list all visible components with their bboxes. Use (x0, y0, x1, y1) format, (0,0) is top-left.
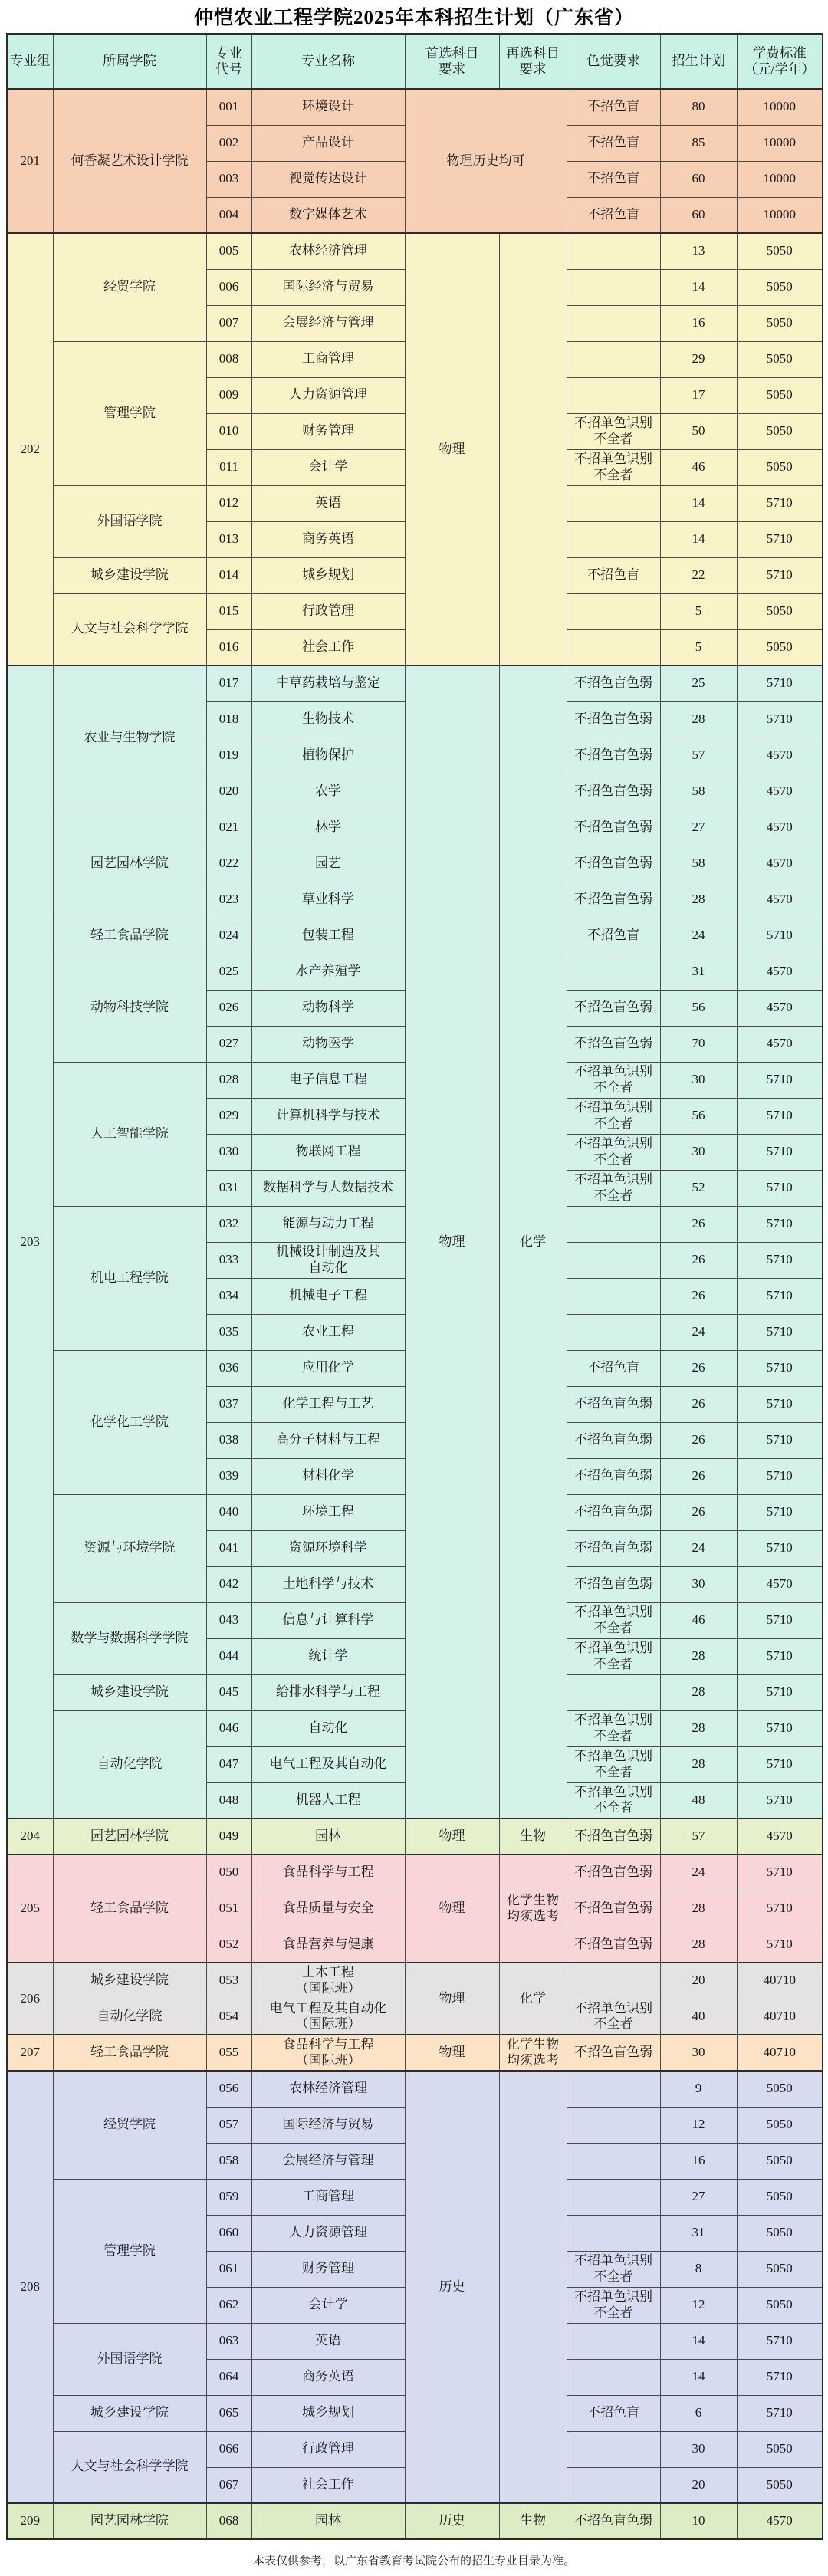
major-name-cell: 农学 (251, 774, 405, 810)
fee-cell: 5710 (737, 2395, 823, 2431)
major-name-cell: 城乡规划 (251, 2395, 405, 2431)
major-name-cell: 农业工程 (251, 1314, 405, 1350)
vision-req-cell: 不招单色识别 不全者 (567, 449, 660, 485)
fee-cell: 4570 (737, 990, 823, 1026)
major-name-cell: 植物保护 (251, 738, 405, 774)
vision-req-cell (567, 1242, 660, 1278)
vision-req-cell (567, 954, 660, 990)
plan-cell: 26 (660, 1242, 737, 1278)
plan-cell: 14 (660, 2359, 737, 2395)
major-code-cell: 021 (206, 810, 251, 846)
major-code-cell: 056 (206, 2071, 251, 2107)
major-name-cell: 机器人工程 (251, 1783, 405, 1819)
fee-cell: 5710 (737, 1783, 823, 1819)
college-cell: 园艺园林学院 (53, 810, 206, 918)
major-code-cell: 062 (206, 2287, 251, 2323)
vision-req-cell: 不招单色识别 不全者 (567, 1638, 660, 1674)
plan-cell: 70 (660, 1026, 737, 1062)
vision-req-cell: 不招色盲色弱 (567, 1566, 660, 1602)
plan-cell: 58 (660, 846, 737, 882)
plan-cell: 46 (660, 449, 737, 485)
second-subject-cell: 化学生物 均须选考 (499, 2035, 567, 2071)
college-cell: 管理学院 (53, 2179, 206, 2323)
plan-cell: 31 (660, 954, 737, 990)
major-code-cell: 028 (206, 1062, 251, 1098)
major-code-cell: 022 (206, 846, 251, 882)
group-cell: 206 (7, 1963, 53, 2035)
major-code-cell: 018 (206, 701, 251, 738)
plan-cell: 22 (660, 557, 737, 593)
second-subject-cell (499, 2071, 567, 2503)
major-code-cell: 068 (206, 2503, 251, 2539)
plan-cell: 29 (660, 341, 737, 377)
fee-cell: 5710 (737, 1314, 823, 1350)
plan-cell: 30 (660, 1062, 737, 1098)
major-row-017: 203农业与生物学院017中草药栽培与鉴定物理化学不招色盲色弱255710 (7, 665, 823, 701)
major-name-cell: 环境工程 (251, 1494, 405, 1530)
admission-plan-page: 仲恺农业工程学院2025年本科招生计划（广东省） 专业组所属学院专业 代号专业名… (0, 2, 828, 2568)
college-cell: 自动化学院 (53, 1710, 206, 1819)
second-subject-cell: 化学 (499, 665, 567, 1819)
major-name-cell: 林学 (251, 810, 405, 846)
plan-cell: 30 (660, 2431, 737, 2467)
major-name-cell: 食品科学与工程 （国际班） (251, 2035, 405, 2071)
plan-cell: 24 (660, 918, 737, 954)
plan-cell: 52 (660, 1170, 737, 1206)
college-cell: 化学化工学院 (53, 1350, 206, 1494)
major-name-cell: 社会工作 (251, 629, 405, 665)
major-code-cell: 031 (206, 1170, 251, 1206)
vision-req-cell: 不招色盲 (567, 125, 660, 161)
major-code-cell: 026 (206, 990, 251, 1026)
major-code-cell: 012 (206, 485, 251, 521)
plan-cell: 30 (660, 1134, 737, 1170)
column-header-1: 所属学院 (53, 34, 206, 89)
fee-cell: 5710 (737, 1855, 823, 1891)
major-code-cell: 008 (206, 341, 251, 377)
vision-req-cell: 不招色盲 (567, 2395, 660, 2431)
major-name-cell: 电子信息工程 (251, 1062, 405, 1098)
vision-req-cell: 不招色盲色弱 (567, 810, 660, 846)
fee-cell: 5050 (737, 2287, 823, 2323)
plan-cell: 27 (660, 2179, 737, 2215)
vision-req-cell: 不招单色识别 不全者 (567, 1098, 660, 1134)
footer-note: 本表仅供参考，以广东省教育考试院公布的招生专业目录为准。 (0, 2552, 828, 2568)
vision-req-cell (567, 2215, 660, 2251)
major-name-cell: 环境设计 (251, 89, 405, 125)
major-code-cell: 047 (206, 1746, 251, 1783)
major-name-cell: 资源环境科学 (251, 1530, 405, 1566)
second-subject-cell: 生物 (499, 1819, 567, 1855)
plan-cell: 14 (660, 485, 737, 521)
vision-req-cell (567, 1674, 660, 1710)
vision-req-cell: 不招单色识别 不全者 (567, 1710, 660, 1746)
plan-cell: 28 (660, 1927, 737, 1963)
plan-cell: 26 (660, 1206, 737, 1242)
plan-cell: 50 (660, 413, 737, 449)
major-code-cell: 037 (206, 1386, 251, 1422)
vision-req-cell: 不招色盲色弱 (567, 882, 660, 918)
plan-cell: 31 (660, 2215, 737, 2251)
fee-cell: 4570 (737, 1819, 823, 1855)
major-code-cell: 023 (206, 882, 251, 918)
college-cell: 人文与社会科学学院 (53, 2431, 206, 2503)
plan-cell: 14 (660, 269, 737, 305)
vision-req-cell: 不招色盲色弱 (567, 701, 660, 738)
fee-cell: 4570 (737, 954, 823, 990)
major-name-cell: 行政管理 (251, 2431, 405, 2467)
fee-cell: 5050 (737, 449, 823, 485)
vision-req-cell: 不招色盲色弱 (567, 1422, 660, 1458)
major-code-cell: 016 (206, 629, 251, 665)
plan-cell: 14 (660, 521, 737, 557)
major-code-cell: 065 (206, 2395, 251, 2431)
plan-cell: 26 (660, 1494, 737, 1530)
vision-req-cell: 不招单色识别 不全者 (567, 1999, 660, 2035)
major-name-cell: 中草药栽培与鉴定 (251, 665, 405, 701)
college-cell: 动物科技学院 (53, 954, 206, 1062)
major-name-cell: 包装工程 (251, 918, 405, 954)
fee-cell: 5710 (737, 665, 823, 701)
first-subject-cell: 物理 (405, 2035, 499, 2071)
major-name-cell: 信息与计算科学 (251, 1602, 405, 1638)
major-code-cell: 024 (206, 918, 251, 954)
vision-req-cell (567, 1206, 660, 1242)
fee-cell: 5050 (737, 305, 823, 341)
vision-req-cell: 不招色盲 (567, 89, 660, 125)
fee-cell: 5710 (737, 1530, 823, 1566)
table-header: 专业组所属学院专业 代号专业名称首选科目 要求再选科目 要求色觉要求招生计划学费… (7, 34, 823, 89)
major-name-cell: 农林经济管理 (251, 233, 405, 269)
plan-cell: 40 (660, 1999, 737, 2035)
fee-cell: 10000 (737, 161, 823, 197)
major-code-cell: 006 (206, 269, 251, 305)
major-code-cell: 063 (206, 2323, 251, 2359)
vision-req-cell (567, 377, 660, 413)
fee-cell: 5050 (737, 593, 823, 629)
second-subject-cell: 化学 (499, 1963, 567, 2035)
vision-req-cell (567, 593, 660, 629)
plan-cell: 25 (660, 665, 737, 701)
fee-cell: 5710 (737, 1206, 823, 1242)
major-name-cell: 会展经济与管理 (251, 305, 405, 341)
college-cell: 轻工食品学院 (53, 1855, 206, 1963)
plan-cell: 8 (660, 2251, 737, 2287)
fee-cell: 5710 (737, 1602, 823, 1638)
fee-cell: 5710 (737, 521, 823, 557)
vision-req-cell: 不招色盲 (567, 161, 660, 197)
second-subject-cell (499, 233, 567, 665)
fee-cell: 4570 (737, 810, 823, 846)
first-subject-cell: 历史 (405, 2071, 499, 2503)
major-name-cell: 人力资源管理 (251, 2215, 405, 2251)
group-cell: 209 (7, 2503, 53, 2539)
major-row-055: 207轻工食品学院055食品科学与工程 （国际班）物理化学生物 均须选考不招色盲… (7, 2035, 823, 2071)
plan-cell: 6 (660, 2395, 737, 2431)
vision-req-cell: 不招色盲色弱 (567, 665, 660, 701)
major-name-cell: 工商管理 (251, 341, 405, 377)
table-body: 201何香凝艺术设计学院001环境设计物理历史均可不招色盲8010000002产… (7, 89, 823, 2539)
plan-cell: 85 (660, 125, 737, 161)
major-code-cell: 029 (206, 1098, 251, 1134)
major-code-cell: 067 (206, 2467, 251, 2503)
plan-cell: 10 (660, 2503, 737, 2539)
vision-req-cell (567, 305, 660, 341)
major-code-cell: 001 (206, 89, 251, 125)
major-code-cell: 002 (206, 125, 251, 161)
major-name-cell: 应用化学 (251, 1350, 405, 1386)
vision-req-cell: 不招色盲色弱 (567, 1927, 660, 1963)
plan-cell: 26 (660, 1350, 737, 1386)
major-name-cell: 动物科学 (251, 990, 405, 1026)
plan-cell: 56 (660, 990, 737, 1026)
major-code-cell: 059 (206, 2179, 251, 2215)
major-code-cell: 038 (206, 1422, 251, 1458)
major-code-cell: 055 (206, 2035, 251, 2071)
major-code-cell: 058 (206, 2143, 251, 2179)
fee-cell: 5050 (737, 2431, 823, 2467)
major-name-cell: 农林经济管理 (251, 2071, 405, 2107)
column-header-4: 首选科目 要求 (405, 34, 499, 89)
major-code-cell: 034 (206, 1278, 251, 1314)
major-code-cell: 060 (206, 2215, 251, 2251)
vision-req-cell: 不招色盲色弱 (567, 1494, 660, 1530)
major-code-cell: 009 (206, 377, 251, 413)
first-subject-cell: 物理 (405, 1963, 499, 2035)
major-row-068: 209园艺园林学院068园林历史生物不招色盲色弱104570 (7, 2503, 823, 2539)
college-cell: 农业与生物学院 (53, 665, 206, 810)
vision-req-cell (567, 233, 660, 269)
column-header-0: 专业组 (7, 34, 53, 89)
vision-req-cell (567, 1314, 660, 1350)
major-name-cell: 能源与动力工程 (251, 1206, 405, 1242)
fee-cell: 5710 (737, 1422, 823, 1458)
fee-cell: 5710 (737, 1710, 823, 1746)
major-name-cell: 产品设计 (251, 125, 405, 161)
fee-cell: 5050 (737, 629, 823, 665)
plan-cell: 27 (660, 810, 737, 846)
major-name-cell: 自动化 (251, 1710, 405, 1746)
first-subject-cell: 物理 (405, 1855, 499, 1963)
major-name-cell: 食品营养与健康 (251, 1927, 405, 1963)
group-cell: 201 (7, 89, 53, 233)
vision-req-cell (567, 2467, 660, 2503)
major-code-cell: 049 (206, 1819, 251, 1855)
fee-cell: 4570 (737, 738, 823, 774)
fee-cell: 5050 (737, 2251, 823, 2287)
major-code-cell: 051 (206, 1891, 251, 1927)
fee-cell: 5050 (737, 2179, 823, 2215)
fee-cell: 5050 (737, 377, 823, 413)
fee-cell: 5710 (737, 1674, 823, 1710)
fee-cell: 5050 (737, 2071, 823, 2107)
vision-req-cell: 不招单色识别 不全者 (567, 1062, 660, 1098)
plan-cell: 26 (660, 1386, 737, 1422)
vision-req-cell (567, 629, 660, 665)
fee-cell: 5050 (737, 2215, 823, 2251)
major-code-cell: 045 (206, 1674, 251, 1710)
major-name-cell: 机械设计制造及其 自动化 (251, 1242, 405, 1278)
vision-req-cell (567, 2359, 660, 2395)
plan-cell: 28 (660, 1891, 737, 1927)
column-header-6: 色觉要求 (567, 34, 660, 89)
major-name-cell: 园林 (251, 2503, 405, 2539)
plan-cell: 26 (660, 1422, 737, 1458)
plan-cell: 28 (660, 1674, 737, 1710)
vision-req-cell: 不招色盲色弱 (567, 1891, 660, 1927)
major-name-cell: 数字媒体艺术 (251, 197, 405, 233)
major-name-cell: 商务英语 (251, 521, 405, 557)
major-code-cell: 033 (206, 1242, 251, 1278)
vision-req-cell: 不招单色识别 不全者 (567, 1602, 660, 1638)
fee-cell: 5050 (737, 233, 823, 269)
plan-cell: 16 (660, 2143, 737, 2179)
plan-cell: 80 (660, 89, 737, 125)
major-name-cell: 会展经济与管理 (251, 2143, 405, 2179)
major-code-cell: 005 (206, 233, 251, 269)
major-code-cell: 007 (206, 305, 251, 341)
major-code-cell: 054 (206, 1999, 251, 2035)
college-cell: 轻工食品学院 (53, 918, 206, 954)
fee-cell: 5050 (737, 2467, 823, 2503)
fee-cell: 5710 (737, 2359, 823, 2395)
major-code-cell: 035 (206, 1314, 251, 1350)
plan-cell: 14 (660, 2323, 737, 2359)
college-cell: 经贸学院 (53, 2071, 206, 2179)
second-subject-cell: 生物 (499, 2503, 567, 2539)
vision-req-cell (567, 1963, 660, 1999)
fee-cell: 5710 (737, 918, 823, 954)
plan-cell: 5 (660, 593, 737, 629)
major-code-cell: 052 (206, 1927, 251, 1963)
major-row-053: 206城乡建设学院053土木工程 （国际班）物理化学2040710 (7, 1963, 823, 1999)
major-code-cell: 044 (206, 1638, 251, 1674)
fee-cell: 5710 (737, 1638, 823, 1674)
major-code-cell: 050 (206, 1855, 251, 1891)
major-code-cell: 019 (206, 738, 251, 774)
major-code-cell: 020 (206, 774, 251, 810)
fee-cell: 4570 (737, 2503, 823, 2539)
fee-cell: 5710 (737, 1494, 823, 1530)
major-name-cell: 材料化学 (251, 1458, 405, 1494)
fee-cell: 4570 (737, 1026, 823, 1062)
vision-req-cell: 不招单色识别 不全者 (567, 1746, 660, 1783)
major-name-cell: 计算机科学与技术 (251, 1098, 405, 1134)
plan-cell: 16 (660, 305, 737, 341)
college-cell: 管理学院 (53, 341, 206, 485)
plan-cell: 12 (660, 2287, 737, 2323)
plan-cell: 48 (660, 1783, 737, 1819)
major-name-cell: 物联网工程 (251, 1134, 405, 1170)
major-name-cell: 动物医学 (251, 1026, 405, 1062)
vision-req-cell: 不招色盲色弱 (567, 1530, 660, 1566)
major-name-cell: 英语 (251, 485, 405, 521)
college-cell: 城乡建设学院 (53, 1963, 206, 1999)
major-code-cell: 040 (206, 1494, 251, 1530)
major-code-cell: 015 (206, 593, 251, 629)
major-code-cell: 042 (206, 1566, 251, 1602)
subject-req-cell: 物理历史均可 (405, 89, 567, 233)
fee-cell: 5710 (737, 1891, 823, 1927)
college-cell: 数学与数据科学学院 (53, 1602, 206, 1674)
major-name-cell: 土木工程 （国际班） (251, 1963, 405, 1999)
vision-req-cell: 不招色盲色弱 (567, 1458, 660, 1494)
major-code-cell: 061 (206, 2251, 251, 2287)
group-cell: 204 (7, 1819, 53, 1855)
vision-req-cell: 不招单色识别 不全者 (567, 413, 660, 449)
major-code-cell: 053 (206, 1963, 251, 1999)
major-name-cell: 财务管理 (251, 413, 405, 449)
vision-req-cell: 不招色盲色弱 (567, 1855, 660, 1891)
major-name-cell: 会计学 (251, 449, 405, 485)
fee-cell: 4570 (737, 846, 823, 882)
group-cell: 208 (7, 2071, 53, 2503)
plan-cell: 30 (660, 2035, 737, 2071)
page-title: 仲恺农业工程学院2025年本科招生计划（广东省） (0, 2, 828, 30)
plan-cell: 5 (660, 629, 737, 665)
fee-cell: 40710 (737, 1999, 823, 2035)
first-subject-cell: 物理 (405, 665, 499, 1819)
major-name-cell: 给排水科学与工程 (251, 1674, 405, 1710)
vision-req-cell: 不招色盲色弱 (567, 1386, 660, 1422)
fee-cell: 5710 (737, 1098, 823, 1134)
group-cell: 203 (7, 665, 53, 1819)
college-cell: 城乡建设学院 (53, 557, 206, 593)
major-code-cell: 057 (206, 2107, 251, 2143)
college-cell: 轻工食品学院 (53, 2035, 206, 2071)
major-code-cell: 010 (206, 413, 251, 449)
plan-cell: 57 (660, 1819, 737, 1855)
major-name-cell: 水产养殖学 (251, 954, 405, 990)
vision-req-cell (567, 1278, 660, 1314)
college-cell: 城乡建设学院 (53, 1674, 206, 1710)
major-name-cell: 机械电子工程 (251, 1278, 405, 1314)
fee-cell: 4570 (737, 882, 823, 918)
major-code-cell: 013 (206, 521, 251, 557)
college-cell: 机电工程学院 (53, 1206, 206, 1350)
fee-cell: 5710 (737, 1746, 823, 1783)
column-header-5: 再选科目 要求 (499, 34, 567, 89)
plan-cell: 57 (660, 738, 737, 774)
fee-cell: 40710 (737, 2035, 823, 2071)
major-name-cell: 行政管理 (251, 593, 405, 629)
major-code-cell: 066 (206, 2431, 251, 2467)
major-name-cell: 国际经济与贸易 (251, 2107, 405, 2143)
college-cell: 外国语学院 (53, 485, 206, 557)
vision-req-cell: 不招色盲 (567, 918, 660, 954)
vision-req-cell: 不招单色识别 不全者 (567, 1783, 660, 1819)
vision-req-cell: 不招色盲色弱 (567, 774, 660, 810)
major-code-cell: 046 (206, 1710, 251, 1746)
major-code-cell: 003 (206, 161, 251, 197)
fee-cell: 10000 (737, 89, 823, 125)
major-code-cell: 025 (206, 954, 251, 990)
fee-cell: 5710 (737, 1350, 823, 1386)
major-name-cell: 生物技术 (251, 701, 405, 738)
vision-req-cell: 不招色盲 (567, 557, 660, 593)
vision-req-cell: 不招色盲色弱 (567, 2503, 660, 2539)
major-code-cell: 041 (206, 1530, 251, 1566)
plan-cell: 17 (660, 377, 737, 413)
vision-req-cell: 不招单色识别 不全者 (567, 1134, 660, 1170)
vision-req-cell: 不招单色识别 不全者 (567, 1170, 660, 1206)
vision-req-cell: 不招色盲色弱 (567, 2035, 660, 2071)
major-name-cell: 社会工作 (251, 2467, 405, 2503)
major-row-050: 205轻工食品学院050食品科学与工程物理化学生物 均须选考不招色盲色弱2457… (7, 1855, 823, 1891)
college-cell: 经贸学院 (53, 233, 206, 341)
college-cell: 外国语学院 (53, 2323, 206, 2395)
major-name-cell: 草业科学 (251, 882, 405, 918)
